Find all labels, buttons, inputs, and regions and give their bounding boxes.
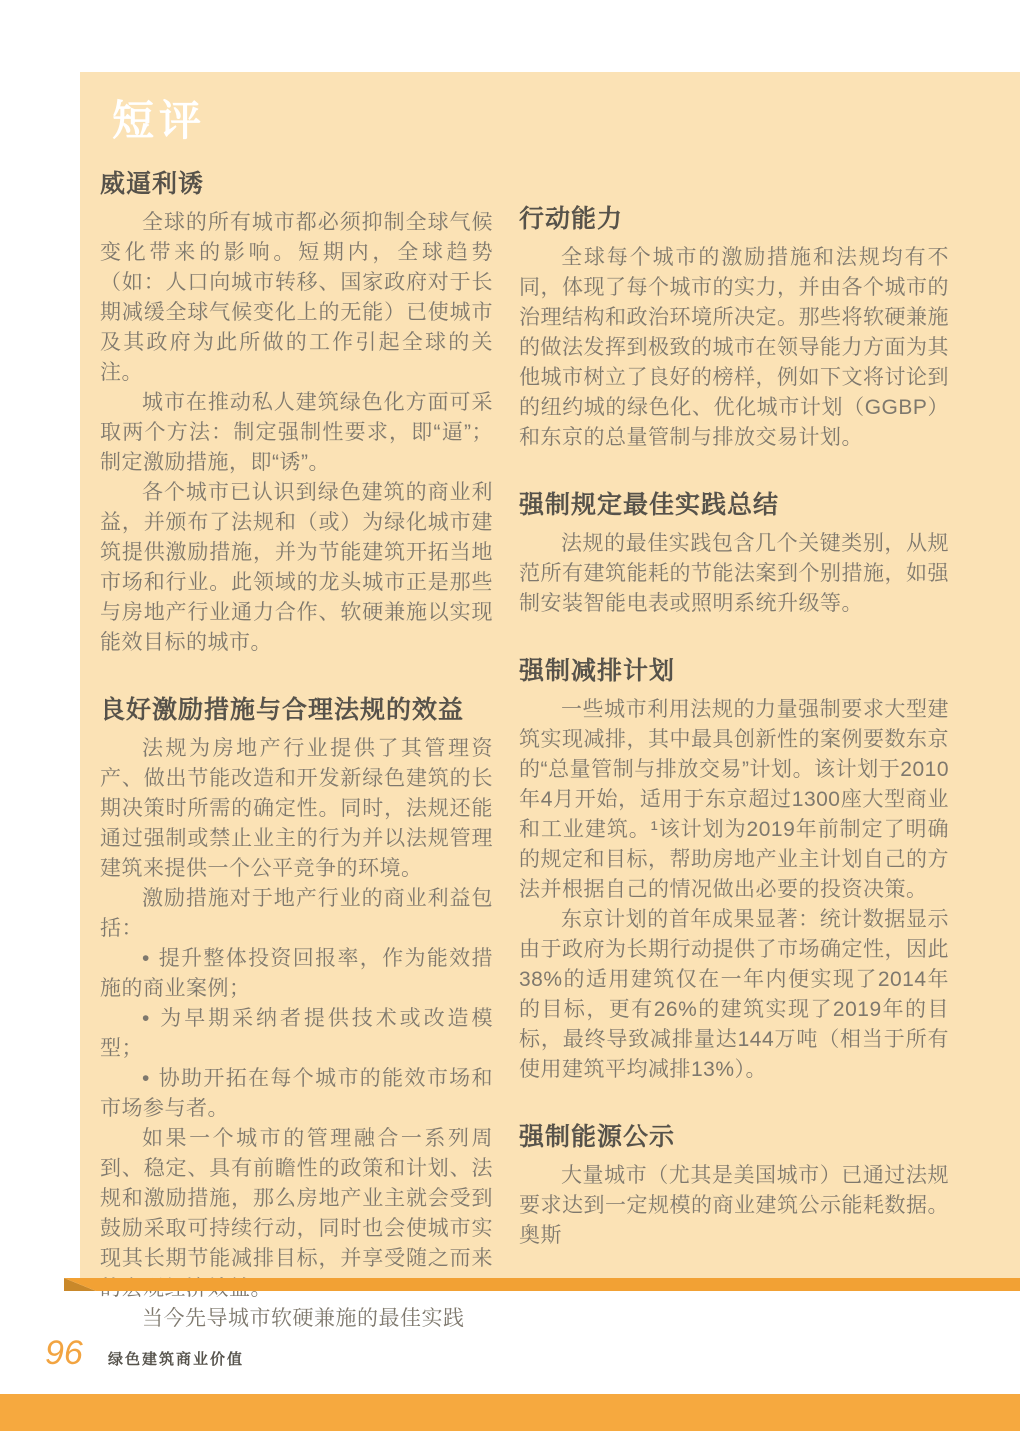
section-heading: 威逼利诱 bbox=[100, 170, 493, 198]
section-heading: 强制能源公示 bbox=[519, 1123, 949, 1151]
section-heading: 强制减排计划 bbox=[519, 657, 949, 685]
paragraph: 城市在推动私人建筑绿色化方面可采取两个方法：制定强制性要求，即“逼”；制定激励措… bbox=[100, 388, 493, 478]
bullet-item: •协助开拓在每个城市的能效市场和市场参与者。 bbox=[100, 1064, 493, 1124]
paragraph: 各个城市已认识到绿色建筑的商业利益，并颁布了法规和（或）为绿化城市建筑提供激励措… bbox=[100, 478, 493, 658]
paragraph: 一些城市利用法规的力量强制要求大型建筑实现减排，其中最具创新性的案例要数东京的“… bbox=[519, 695, 949, 905]
accent-stripe bbox=[64, 1278, 1020, 1291]
column-left: 威逼利诱 全球的所有城市都必须抑制全球气候变化带来的影响。短期内，全球趋势（如：… bbox=[100, 170, 493, 1334]
section-heading: 良好激励措施与合理法规的效益 bbox=[100, 696, 493, 724]
bullet-text: 为早期采纳者提供技术或改造模型； bbox=[100, 1007, 493, 1060]
paragraph: 激励措施对于地产行业的商业利益包括： bbox=[100, 884, 493, 944]
bullet-item: •为早期采纳者提供技术或改造模型； bbox=[100, 1004, 493, 1064]
paragraph: 全球的所有城市都必须抑制全球气候变化带来的影响。短期内，全球趋势（如：人口向城市… bbox=[100, 208, 493, 388]
footer-label: 绿色建筑商业价值 bbox=[108, 1348, 244, 1369]
paragraph: 法规为房地产行业提供了其管理资产、做出节能改造和开发新绿色建筑的长期决策时所需的… bbox=[100, 734, 493, 884]
bottom-bar bbox=[0, 1394, 1020, 1431]
column-right: 行动能力 全球每个城市的激励措施和法规均有不同，体现了每个城市的实力，并由各个城… bbox=[519, 170, 949, 1334]
paragraph: 全球每个城市的激励措施和法规均有不同，体现了每个城市的实力，并由各个城市的治理结… bbox=[519, 243, 949, 453]
bullet-icon: • bbox=[142, 947, 150, 970]
paragraph: 法规的最佳实践包含几个关键类别，从规范所有建筑能耗的节能法案到个别措施，如强制安… bbox=[519, 529, 949, 619]
bullet-text: 提升整体投资回报率，作为能效措施的商业案例； bbox=[100, 947, 493, 1000]
paragraph: 东京计划的首年成果显著：统计数据显示由于政府为长期行动提供了市场确定性，因此38… bbox=[519, 905, 949, 1085]
section-heading: 行动能力 bbox=[519, 205, 949, 233]
document-page: 短评 威逼利诱 全球的所有城市都必须抑制全球气候变化带来的影响。短期内，全球趋势… bbox=[0, 0, 1020, 1431]
content-panel: 短评 威逼利诱 全球的所有城市都必须抑制全球气候变化带来的影响。短期内，全球趋势… bbox=[80, 72, 1020, 1278]
section-heading: 强制规定最佳实践总结 bbox=[519, 491, 949, 519]
bullet-item: •提升整体投资回报率，作为能效措施的商业案例； bbox=[100, 944, 493, 1004]
paragraph: 当今先导城市软硬兼施的最佳实践 bbox=[100, 1304, 493, 1334]
paragraph: 如果一个城市的管理融合一系列周到、稳定、具有前瞻性的政策和计划、法规和激励措施，… bbox=[100, 1124, 493, 1304]
bullet-icon: • bbox=[142, 1007, 150, 1030]
bullet-text: 协助开拓在每个城市的能效市场和市场参与者。 bbox=[100, 1067, 493, 1120]
paragraph: 大量城市（尤其是美国城市）已通过法规要求达到一定规模的商业建筑公示能耗数据。奥斯 bbox=[519, 1161, 949, 1251]
bullet-icon: • bbox=[142, 1067, 150, 1090]
two-column-layout: 威逼利诱 全球的所有城市都必须抑制全球气候变化带来的影响。短期内，全球趋势（如：… bbox=[100, 170, 1020, 1334]
page-title: 短评 bbox=[112, 98, 1020, 144]
page-number: 96 bbox=[45, 1334, 83, 1372]
